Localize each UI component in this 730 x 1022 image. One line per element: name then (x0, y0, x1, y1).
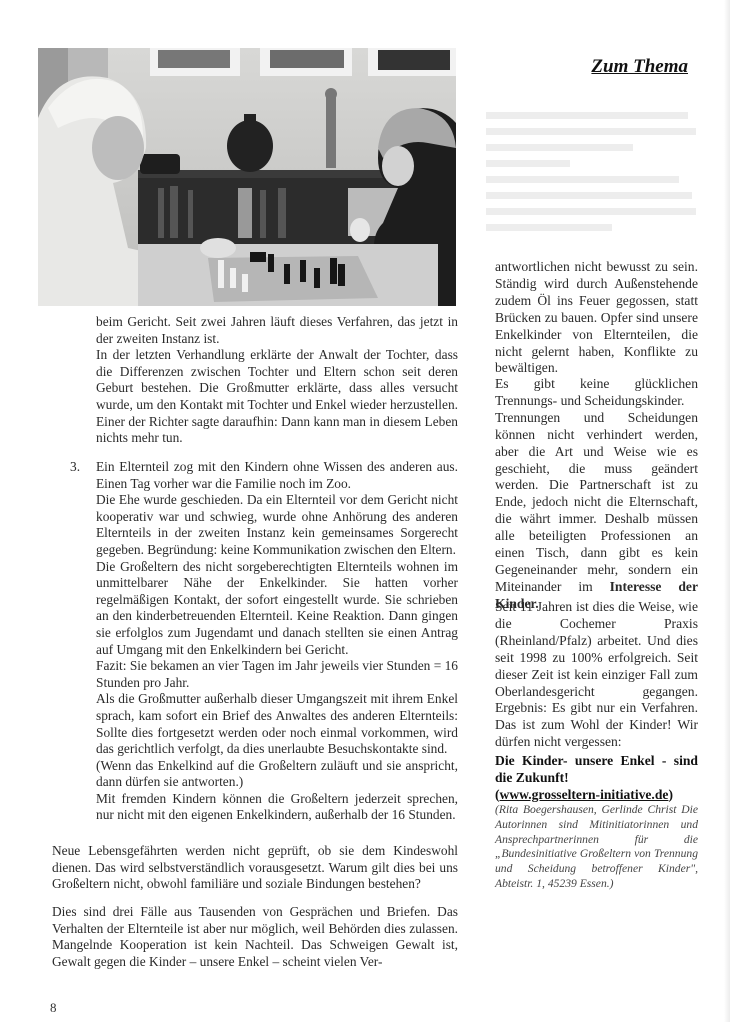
case3-paragraph-2: Die Ehe wurde geschieden. Da ein Elternt… (96, 492, 458, 558)
case3-paragraph-6: (Wenn das Enkelkind auf die Großeltern z… (96, 758, 458, 791)
cases-paragraph: Dies sind drei Fälle aus Tausenden von G… (52, 904, 458, 970)
right-paragraph-2: Es gibt keine glücklichen Trennungs- und… (495, 376, 698, 613)
chess-photo (38, 48, 456, 306)
case2-paragraph-1: beim Gericht. Seit zwei Jahren läuft die… (96, 314, 458, 347)
chess-photo-image (38, 48, 456, 306)
partners-text: Neue Lebensgefährten werden nicht geprüf… (52, 843, 458, 893)
case3-list-item: 3. Ein Elternteil zog mit den Kindern oh… (96, 459, 458, 824)
right-text-2b-body: Trennungen und Scheidungen können nicht … (495, 410, 698, 594)
partners-paragraph: Neue Lebensgefährten werden nicht geprüf… (52, 843, 458, 893)
right-paragraph-3: Seit 11 Jahren ist dies die Weise, wie d… (495, 599, 698, 751)
website-link[interactable]: www.grosseltern-initiative.de (500, 787, 669, 802)
paren-close: ) (668, 787, 673, 802)
case3-paragraph-1: Ein Elternteil zog mit den Kindern ohne … (96, 459, 458, 492)
list-number: 3. (70, 459, 80, 476)
case3-paragraph-7: Mit fremden Kindern können die Großelter… (96, 791, 458, 824)
right-text-1: antwortlichen nicht bewusst zu sein. Stä… (495, 259, 698, 377)
page-edge-shadow (724, 0, 730, 1022)
case2-continuation: beim Gericht. Seit zwei Jahren läuft die… (96, 314, 458, 447)
closing-link-line: (www.grosseltern-initiative.de) (495, 786, 698, 803)
right-text-2a: Es gibt keine glücklichen Trennungs- und… (495, 376, 698, 410)
cases-text: Dies sind drei Fälle aus Tausenden von G… (52, 904, 458, 970)
case3-paragraph-3: Die Großeltern des nicht sorgeberechtigt… (96, 559, 458, 659)
case3-paragraph-4: Fazit: Sie bekamen an vier Tagen im Jahr… (96, 658, 458, 691)
right-text-3: Seit 11 Jahren ist dies die Weise, wie d… (495, 599, 698, 751)
closing-block: Die Kinder- unsere Enkel - sind die Zuku… (495, 752, 698, 892)
case2-paragraph-2: In der letzten Verhandlung erklärte der … (96, 347, 458, 447)
closing-title: Die Kinder- unsere Enkel - sind die Zuku… (495, 752, 698, 786)
case3-paragraph-5: Als die Großmutter außerhalb dieser Umga… (96, 691, 458, 757)
author-credits: (Rita Boegershausen, Gerlinde Christ Die… (495, 803, 698, 892)
page-number: 8 (50, 1000, 57, 1016)
section-title: Zum Thema (560, 56, 688, 78)
right-paragraph-1: antwortlichen nicht bewusst zu sein. Stä… (495, 259, 698, 377)
bleed-through-text (486, 112, 696, 252)
right-text-2b: Trennungen und Scheidungen können nicht … (495, 410, 698, 613)
